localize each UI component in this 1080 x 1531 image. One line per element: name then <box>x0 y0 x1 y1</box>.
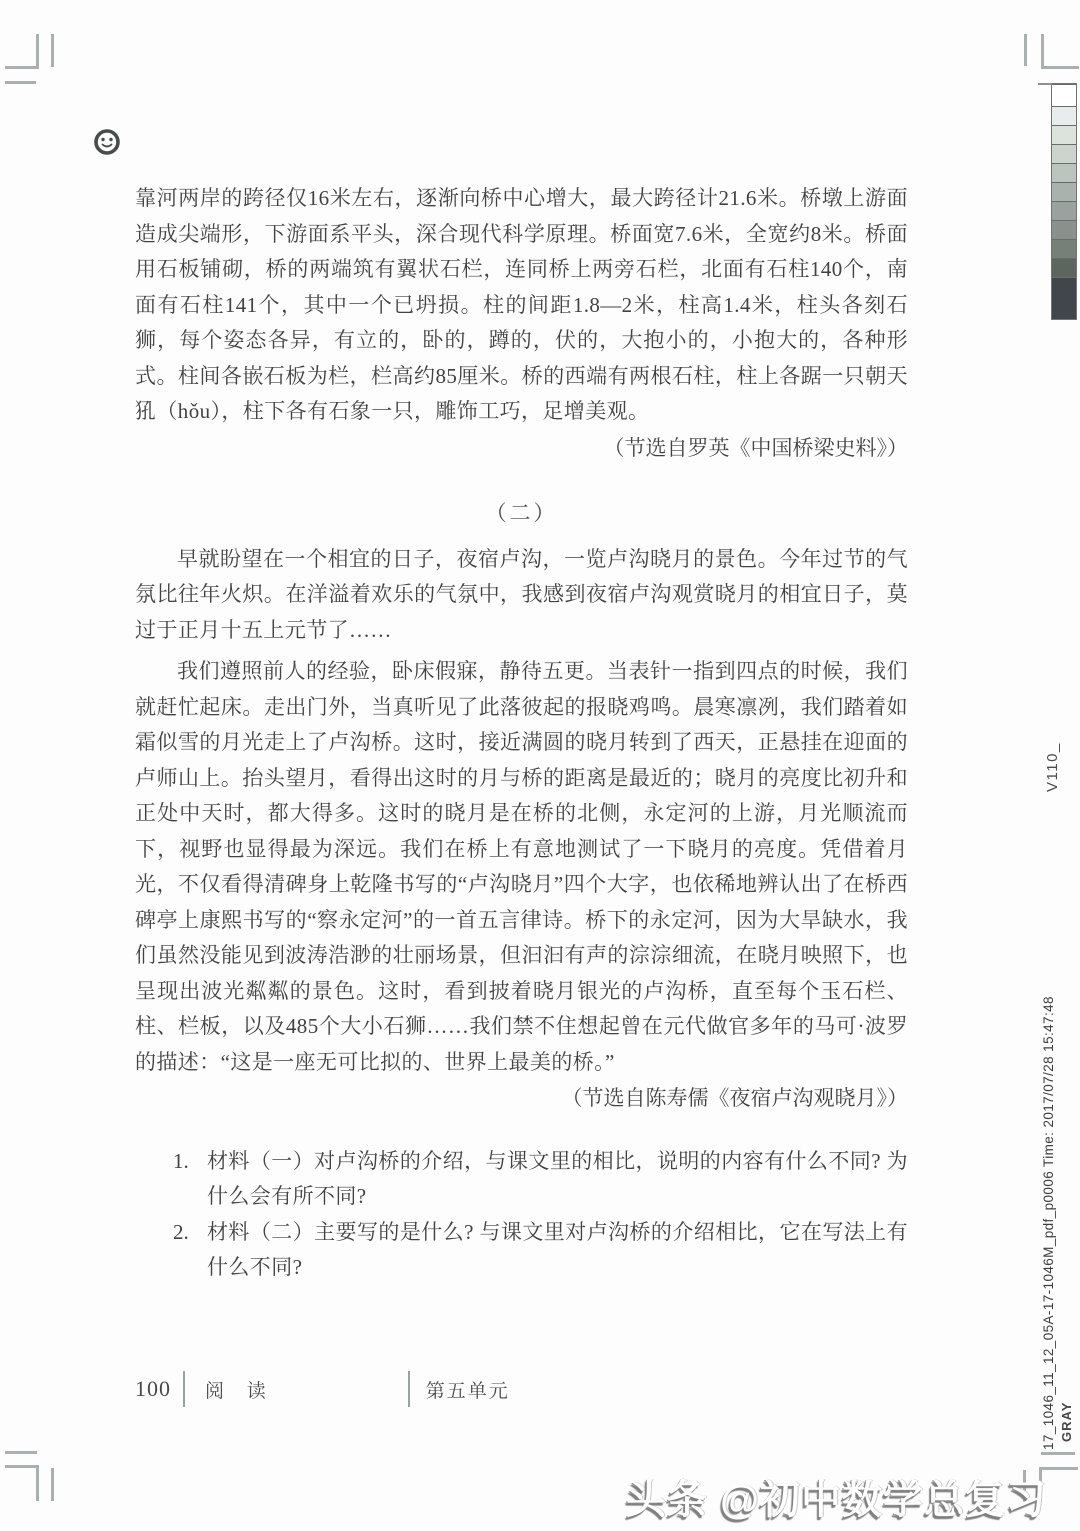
calibration-step <box>1052 106 1076 125</box>
crop-mark <box>51 34 54 67</box>
crop-mark <box>36 1465 39 1501</box>
question-item: 1. 材料（一）对卢沟桥的介绍，与课文里的相比，说明的内容有什么不同? 为什么会… <box>173 1144 908 1215</box>
footer-section-label: 阅 读 <box>205 1376 275 1403</box>
calibration-step <box>1052 163 1076 182</box>
reading-material: 靠河两岸的跨径仅16米左右，逐渐向桥中心增大，最大跨径计21.6米。桥墩上游面造… <box>135 181 908 1286</box>
crop-mark <box>51 1468 54 1501</box>
material-one-attribution: （节选自罗英《中国桥梁史料》） <box>135 431 908 467</box>
calibration-step <box>1052 182 1076 201</box>
crop-mark <box>5 1451 37 1454</box>
section-two-heading: （二） <box>135 496 908 532</box>
calibration-step <box>1052 220 1076 239</box>
crop-mark <box>1041 66 1079 69</box>
smiley-icon <box>92 127 122 157</box>
footer-divider <box>408 1371 410 1407</box>
grayscale-calibration-bar <box>1051 83 1077 320</box>
footer-divider <box>183 1371 185 1407</box>
question-list: 1. 材料（一）对卢沟桥的介绍，与课文里的相比，说明的内容有什么不同? 为什么会… <box>135 1144 908 1286</box>
watermark-text: 头条 @初中数学总复习 <box>626 1468 1047 1525</box>
page-number: 100 <box>135 1376 171 1402</box>
question-number: 2. <box>173 1215 207 1286</box>
footer-unit-label: 第五单元 <box>426 1376 510 1403</box>
calibration-step <box>1052 239 1076 258</box>
print-file-info-label: 17_1046_11_12_05A-17-1046M_pdf_p0006 Tim… <box>1041 996 1056 1450</box>
crop-mark <box>5 66 39 69</box>
question-number: 1. <box>173 1144 207 1215</box>
calibration-step <box>1052 258 1076 277</box>
crop-mark <box>5 1465 39 1468</box>
material-one-paragraph: 靠河两岸的跨径仅16米左右，逐渐向桥中心增大，最大跨径计21.6米。桥墩上游面造… <box>135 181 908 430</box>
calibration-step <box>1052 144 1076 163</box>
calibration-step <box>1052 277 1076 319</box>
crop-mark <box>5 81 36 84</box>
crop-mark <box>1024 34 1027 66</box>
section-two-paragraph-2: 我们遵照前人的经验，卧床假寐，静待五更。当表针一指到四点的时候，我们就赶忙起床。… <box>135 654 908 1080</box>
crop-mark <box>36 34 39 68</box>
question-item: 2. 材料（二）主要写的是什么? 与课文里对卢沟桥的介绍相比，它在写法上有什么不… <box>173 1215 908 1286</box>
calibration-step <box>1052 201 1076 220</box>
section-two-attribution: （节选自陈寿儒《夜宿卢沟观晓月》） <box>135 1081 908 1117</box>
textbook-page: 靠河两岸的跨径仅16米左右，逐渐向桥中心增大，最大跨径计21.6米。桥墩上游面造… <box>0 0 1080 1531</box>
crop-mark <box>1041 1452 1075 1455</box>
calibration-step <box>1052 84 1076 106</box>
page-footer: 100 阅 读 第五单元 <box>135 1371 635 1407</box>
crop-mark <box>1041 34 1044 69</box>
print-code-label: V110_ <box>1044 742 1061 792</box>
question-text: 材料（二）主要写的是什么? 与课文里对卢沟桥的介绍相比，它在写法上有什么不同? <box>207 1215 908 1286</box>
calibration-bar-tick <box>1038 83 1052 85</box>
section-two-paragraph-1: 早就盼望在一个相宜的日子，夜宿卢沟，一览卢沟晓月的景色。今年过节的气氛比往年火炽… <box>135 542 908 649</box>
print-color-mode-label: GRAY <box>1059 1402 1074 1442</box>
calibration-step <box>1052 125 1076 144</box>
question-text: 材料（一）对卢沟桥的介绍，与课文里的相比，说明的内容有什么不同? 为什么会有所不… <box>207 1144 908 1215</box>
